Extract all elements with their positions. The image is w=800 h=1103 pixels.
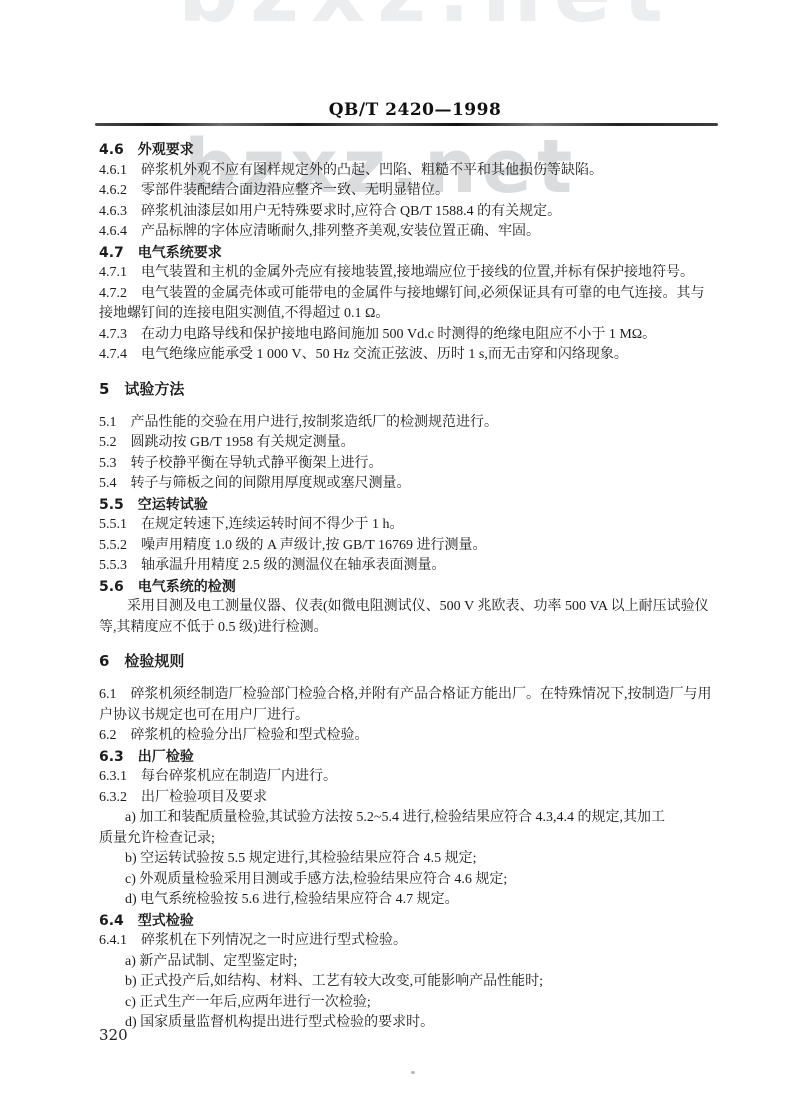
text-line: 6.4.1 碎浆机在下列情况之一时应进行型式检验。 — [99, 931, 739, 952]
text-line: 5 试验方法 — [99, 379, 739, 400]
text-line: 4.7.2 电气装置的金属壳体或可能带电的金属件与接地螺钉间,必须保证具有可靠的… — [99, 284, 739, 305]
text-line: 5.5.1 在规定转速下,连续运转时间不得少于 1 h。 — [99, 515, 739, 536]
text-line: 5.6 电气系统的检测 — [99, 577, 739, 598]
text-line: 4.6 外观要求 — [99, 140, 739, 161]
text-line: b) 正式投产后,如结构、材料、工艺有较大改变,可能影响产品性能时; — [99, 972, 739, 993]
text-line: 6.3.2 出厂检验项目及要求 — [99, 788, 739, 809]
text-line: c) 正式生产一年后,应两年进行一次检验; — [99, 993, 739, 1014]
text-line: b) 空运转试验按 5.5 规定进行,其检验结果应符合 4.5 规定; — [99, 849, 739, 870]
text-line: 4.6.4 产品标牌的字体应清晰耐久,排列整齐美观,安装位置正确、牢固。 — [99, 222, 739, 243]
text-line: 5.1 产品性能的交验在用户进行,按制浆造纸厂的检测规范进行。 — [99, 413, 739, 434]
scan-speck — [411, 1071, 415, 1074]
text-line: 4.7.4 电气绝缘应能承受 1 000 V、50 Hz 交流正弦波、历时 1 … — [99, 345, 739, 366]
text-line: 5.5.2 噪声用精度 1.0 级的 A 声级计,按 GB/T 16769 进行… — [99, 536, 739, 557]
text-line: 5.5.3 轴承温升用精度 2.5 级的测温仪在轴承表面测量。 — [99, 556, 739, 577]
page-number: 320 — [99, 1026, 128, 1044]
text-line: 4.7 电气系统要求 — [99, 243, 739, 264]
text-line: 6.3.1 每台碎浆机应在制造厂内进行。 — [99, 767, 739, 788]
text-line: 5.3 转子校静平衡在导轨式静平衡架上进行。 — [99, 454, 739, 475]
text-line: a) 新产品试制、定型鉴定时; — [99, 952, 739, 973]
text-line: 4.6.1 碎浆机外观不应有图样规定外的凸起、凹陷、粗糙不平和其他损伤等缺陷。 — [99, 161, 739, 182]
text-line: 接地螺钉间的连接电阻实测值,不得超过 0.1 Ω。 — [99, 304, 739, 325]
text-line: 6.4 型式检验 — [99, 911, 739, 932]
text-line: 5.2 圆跳动按 GB/T 1958 有关规定测量。 — [99, 433, 739, 454]
text-line: 采用目测及电工测量仪器、仪表(如微电阻测试仪、500 V 兆欧表、功率 500 … — [99, 597, 739, 618]
document-body: 4.6 外观要求4.6.1 碎浆机外观不应有图样规定外的凸起、凹陷、粗糙不平和其… — [99, 140, 739, 1034]
text-line: 5.4 转子与筛板之间的间隙用厚度规或塞尺测量。 — [99, 474, 739, 495]
text-line: 6.2 碎浆机的检验分出厂检验和型式检验。 — [99, 726, 739, 747]
text-line: d) 国家质量监督机构提出进行型式检验的要求时。 — [99, 1013, 739, 1034]
text-line: a) 加工和装配质量检验,其试验方法按 5.2~5.4 进行,检验结果应符合 4… — [99, 808, 739, 829]
text-line: 5.5 空运转试验 — [99, 495, 739, 516]
text-line: 6.3 出厂检验 — [99, 747, 739, 768]
text-line: 4.7.1 电气装置和主机的金属外壳应有接地装置,接地端应位于接线的位置,并标有… — [99, 263, 739, 284]
text-line: 4.6.2 零部件装配结合面边沿应整齐一致、无明显错位。 — [99, 181, 739, 202]
text-line: 6 检验规则 — [99, 651, 739, 672]
watermark-top: bzxz.net — [178, 0, 675, 34]
header-rule — [95, 123, 718, 126]
text-line: 等,其精度应不低于 0.5 级)进行检测。 — [99, 618, 739, 639]
scanned-standard-page: bzxz.net bzxz.net QB/T 2420—1998 4.6 外观要… — [0, 0, 800, 1103]
text-line: 质量允许检查记录; — [99, 829, 739, 850]
text-line: 6.1 碎浆机须经制造厂检验部门检验合格,并附有产品合格证方能出厂。在特殊情况下… — [99, 685, 739, 706]
text-line: 户协议书规定也可在用户厂进行。 — [99, 706, 739, 727]
text-line: c) 外观质量检验采用目测或手感方法,检验结果应符合 4.6 规定; — [99, 870, 739, 891]
text-line: 4.6.3 碎浆机油漆层如用户无特殊要求时,应符合 QB/T 1588.4 的有… — [99, 202, 739, 223]
standard-number-header: QB/T 2420—1998 — [30, 100, 800, 120]
text-line: d) 电气系统检验按 5.6 进行,检验结果应符合 4.7 规定。 — [99, 890, 739, 911]
text-line: 4.7.3 在动力电路导线和保护接地电路间施加 500 Vd.c 时测得的绝缘电… — [99, 325, 739, 346]
